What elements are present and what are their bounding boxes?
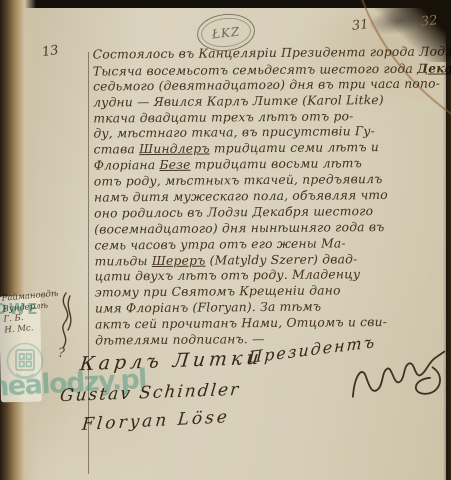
- manuscript-text: отъ роду, мѣстныхъ ткачей, предъявилъ: [94, 172, 383, 189]
- manuscript-text: тридцати семи лѣтъ и: [210, 140, 379, 155]
- book-spine-edge: [0, 0, 36, 480]
- manuscript-text: намъ дитя мужескаго пола, объявляя что: [94, 188, 388, 205]
- manuscript-text: Флоріана: [94, 158, 160, 173]
- manuscript-text: (Matyldy Szerer) двад-: [205, 252, 357, 267]
- manuscript-text: имя Флоріанъ (Floryan). За тѣмъ: [95, 300, 321, 316]
- manuscript-text: Шиндлеръ: [139, 142, 210, 157]
- manuscript-text: этому при Святомъ Крещеніи дано: [95, 284, 341, 300]
- manuscript-text: Шереръ: [152, 253, 206, 267]
- margin-rule-line: [88, 52, 89, 474]
- manuscript-text: Состоялось въ Канцеляріи Президента горо…: [93, 44, 451, 61]
- margin-question-mark: ?: [58, 346, 65, 361]
- oval-stamp-ring: [200, 15, 253, 49]
- manuscript-text: става: [94, 142, 140, 156]
- manuscript-text: дѣтелями подписанъ. —: [95, 332, 264, 347]
- manuscript-text: (восемнадцатого) дня нынѣшняго года въ: [94, 220, 384, 237]
- page-number-right: 32: [420, 13, 438, 30]
- clerk-initial-flourish: [52, 290, 80, 354]
- manuscript-text: актъ сей прочитанъ Нами, Отцомъ и сви-: [95, 315, 387, 332]
- page-number-left: 31: [351, 17, 369, 34]
- manuscript-text: Безе: [159, 158, 190, 172]
- manuscript-text: Тысяча восемьсотъ семьдесятъ шестого год…: [93, 62, 417, 79]
- record-number: 13: [41, 43, 59, 60]
- manuscript-text: лудни — Явился Карлъ Литке (Karol Litke): [93, 93, 384, 110]
- manuscript-text: семь часовъ утра отъ его жены Ма-: [94, 236, 345, 252]
- manuscript-text: оно родилось въ Лодзи Декабря шестого: [94, 204, 373, 220]
- manuscript-text: ткача двадцати трехъ лѣтъ отъ ро-: [93, 109, 353, 125]
- manuscript-text: цати двухъ лѣтъ отъ роду. Младенцу: [95, 268, 361, 284]
- scanned-register-page: ŁKZ 31 32 13 Состоялось въ Канцеляріи Пр…: [0, 0, 451, 480]
- manuscript-text: Декабря: [417, 60, 451, 76]
- record-body-text: Состоялось въ Канцеляріи Президента горо…: [93, 44, 448, 349]
- manuscript-text: седьмого (девятнадцатого) дня въ три час…: [93, 76, 440, 93]
- manuscript-line: седьмого (девятнадцатого) дня въ три час…: [93, 76, 445, 95]
- manuscript-text: тридцати восьми лѣтъ: [190, 156, 362, 171]
- manuscript-text: тильды: [94, 254, 151, 268]
- manuscript-text: ду, мѣстнаго ткача, въ присутствіи Гу-: [93, 125, 375, 141]
